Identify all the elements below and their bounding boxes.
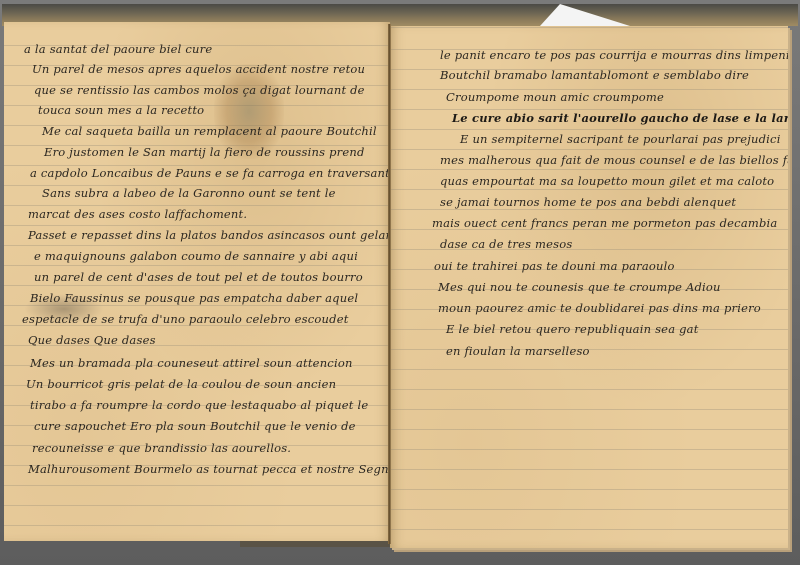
handwritten-line: Bielo Faussinus se pousque pas empatcha …	[30, 291, 358, 305]
handwritten-line: mes malherous qua fait de mous counsel e…	[440, 153, 788, 167]
handwritten-line: touca soun mes a la recetto	[38, 103, 204, 117]
notebook-spine	[388, 24, 391, 544]
handwritten-line: E le biel retou quero republiquain sea g…	[446, 322, 699, 336]
right-page: le panit encaro te pos pas courrija e mo…	[390, 26, 788, 548]
handwritten-line: Un parel de mesos apres aquelos accident…	[32, 62, 365, 76]
handwritten-line: Mes qui nou te counesis que te croumpe A…	[438, 280, 721, 294]
handwritten-line: dase ca de tres mesos	[440, 237, 572, 251]
handwritten-line: espetacle de se trufa d'uno paraoulo cel…	[22, 312, 349, 326]
handwritten-line: a la santat del paoure biel cure	[24, 42, 212, 56]
handwritten-line: oui te trahirei pas te douni ma paraoulo	[434, 259, 675, 273]
handwritten-line: Malhurousoment Bourmelo as tournat pecca…	[28, 462, 390, 476]
handwritten-line: e maquignouns galabon coumo de sannaire …	[34, 249, 358, 263]
handwritten-line: quas empourtat ma sa loupetto moun gilet…	[440, 174, 774, 188]
handwritten-line: le panit encaro te pos pas courrija e mo…	[440, 48, 788, 62]
handwritten-line: mais ouect cent francs peran me pormeton…	[432, 216, 777, 230]
handwritten-line: Que dases Que dases	[28, 333, 156, 347]
handwritten-line: Le cure abio sarit l'aourello gaucho de …	[452, 111, 788, 125]
handwritten-line: tirabo a fa roumpre la cordo que lestaqu…	[30, 398, 368, 412]
handwritten-line: Ero justomen le San martij la fiero de r…	[44, 145, 365, 159]
left-page: a la santat del paoure biel cure Un pare…	[4, 22, 390, 541]
handwritten-line: E un sempiternel sacripant te pourlarai …	[460, 132, 781, 146]
handwritten-line: marcat des ases costo laffachoment.	[28, 207, 247, 221]
handwritten-line: cure sapouchet Ero pla soun Boutchil que…	[34, 419, 356, 433]
handwritten-line: Boutchil bramabo lamantablomont e sembla…	[440, 68, 749, 82]
handwritten-line: Mes un bramada pla couneseut attirel sou…	[30, 356, 353, 370]
handwritten-line: a capdolo Loncaibus de Pauns e se fa car…	[30, 166, 390, 180]
handwritten-line: Croumpome moun amic croumpome	[446, 90, 664, 104]
handwritten-line: recouneisse e que brandissio las aourell…	[32, 441, 291, 455]
handwritten-line: en fioulan la marselleso	[446, 344, 590, 358]
handwritten-line: se jamai tournos home te pos ana bebdi a…	[440, 195, 736, 209]
torn-corner	[540, 4, 630, 26]
handwritten-line: un parel de cent d'ases de tout pel et d…	[34, 270, 363, 284]
handwritten-line: Sans subra a labeo de la Garonno ount se…	[42, 186, 336, 200]
handwritten-line: que se rentissio las cambos molos ça dig…	[34, 83, 365, 97]
handwritten-line: moun paourez amic te doublidarei pas din…	[438, 301, 761, 315]
handwritten-line: Me cal saqueta bailla un remplacent al p…	[42, 124, 377, 138]
handwritten-line: Un bourricot gris pelat de la coulou de …	[26, 377, 336, 391]
handwritten-line: Passet e repasset dins la platos bandos …	[28, 228, 390, 242]
